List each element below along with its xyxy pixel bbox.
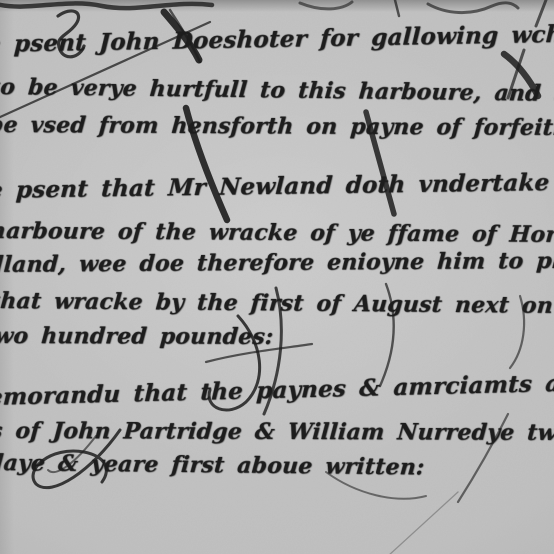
flourish-stroke xyxy=(388,492,458,554)
manuscript-line: dland, wee doe therefore enioyne him to … xyxy=(0,250,554,276)
manuscript-line: harboure of the wracke of ye ffame of Ho… xyxy=(0,220,554,246)
manuscript-line: emorandu that the paynes & amrciamts abo… xyxy=(0,368,554,409)
manuscript-line: two hundred poundes: xyxy=(0,325,274,348)
manuscript-photo: e psent John Doeshoter for gallowing wch… xyxy=(0,0,554,554)
flourish-stroke xyxy=(395,0,399,16)
manuscript-line: daye & yeare first aboue written: xyxy=(0,452,425,479)
flourish-stroke xyxy=(0,3,212,8)
manuscript-line: s of John Partridge & William Nurredye t… xyxy=(0,420,554,444)
manuscript-line: to be verye hurtfull to this harboure, a… xyxy=(0,76,554,106)
flourish-stroke xyxy=(428,3,518,13)
flourish-stroke xyxy=(300,2,352,9)
manuscript-line: e psent John Doeshoter for gallowing wch… xyxy=(0,21,554,56)
manuscript-line: e psent that Mr Newland doth vndertake f… xyxy=(0,170,554,202)
manuscript-line: be vsed from hensforth on payne of forfe… xyxy=(0,114,554,139)
manuscript-line: that wracke by the first of August next … xyxy=(0,290,554,317)
